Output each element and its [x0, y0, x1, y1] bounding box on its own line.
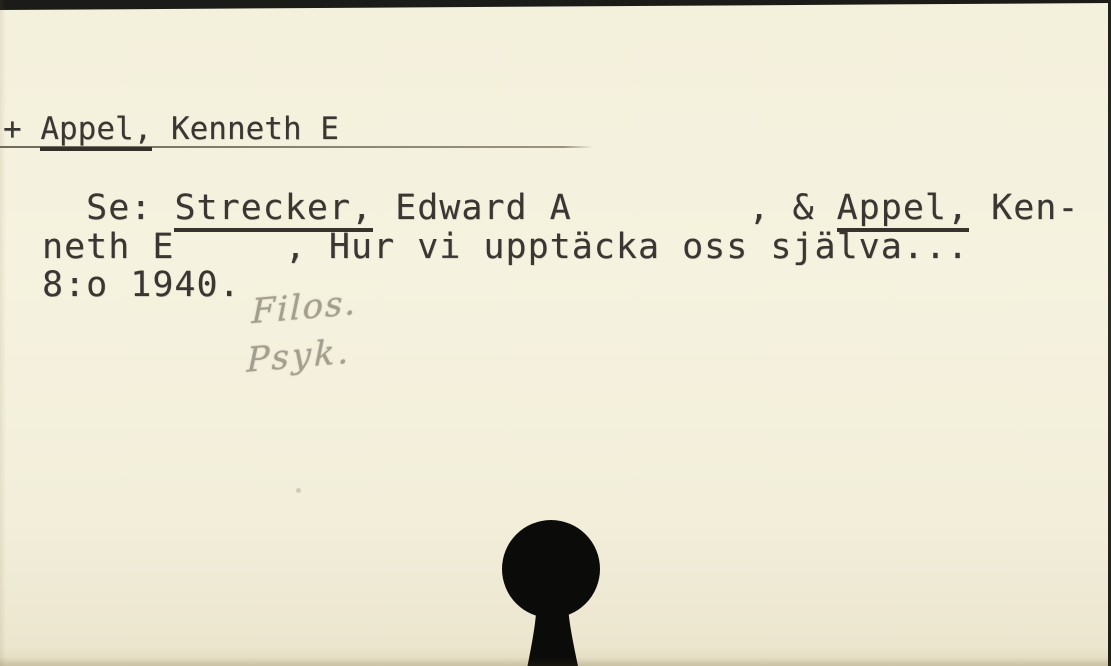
scan-bottom-shade — [0, 657, 1111, 666]
keyhole-punch-hole — [0, 0, 1111, 666]
catalog-card: + Appel, Kenneth E Se: Strecker, Edward … — [0, 0, 1111, 666]
scan-left-shade — [0, 0, 6, 666]
